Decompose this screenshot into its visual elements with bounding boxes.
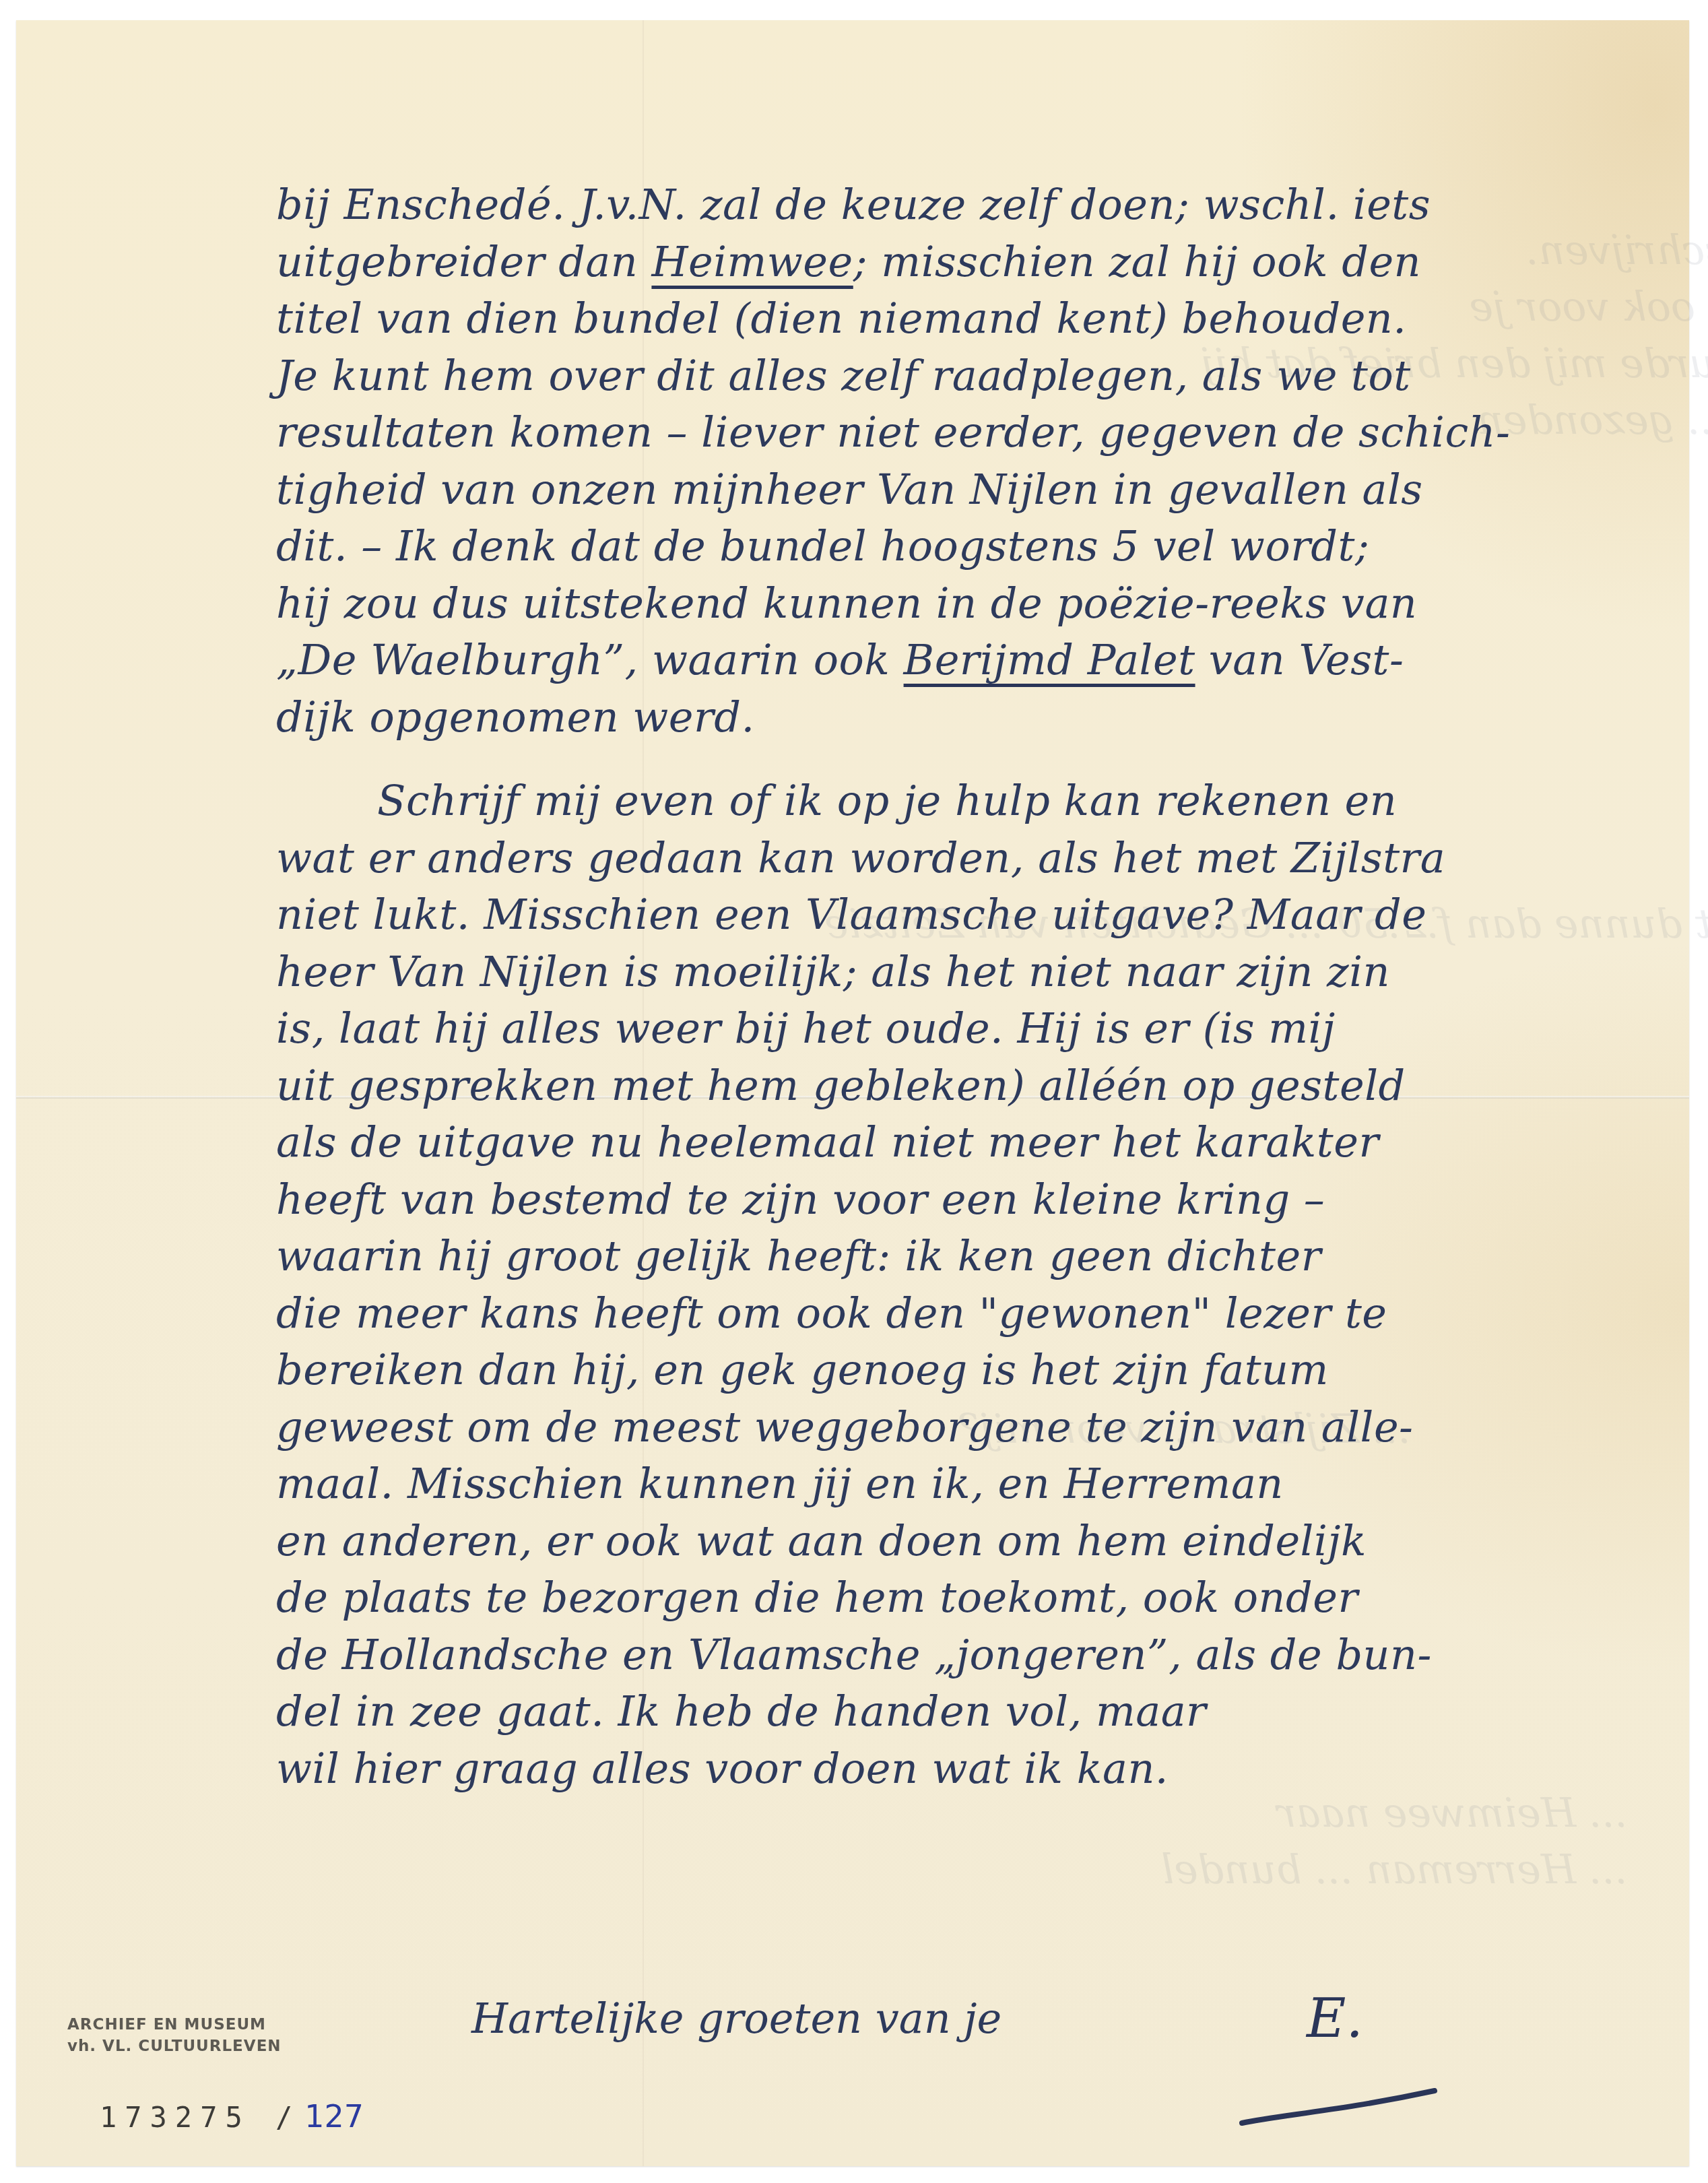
- letter-line: de plaats te bezorgen die hem toekomt, o…: [276, 1569, 1657, 1627]
- letter-line: titel van dien bundel (dien niemand kent…: [276, 290, 1657, 348]
- stamp-line-1: ARCHIEF EN MUSEUM: [67, 2014, 282, 2035]
- letter-line: als de uitgave nu heelemaal niet meer he…: [276, 1114, 1657, 1171]
- letter-line: hij zou dus uitstekend kunnen in de poëz…: [276, 575, 1657, 632]
- letter-line: Je kunt hem over dit alles zelf raadpleg…: [276, 348, 1657, 405]
- letter-line: bij Enschedé. J.v.N. zal de keuze zelf d…: [276, 176, 1657, 234]
- letter-line: uitgebreider dan Heimwee; misschien zal …: [276, 234, 1657, 291]
- underlined-title-berijmd-palet: Berijmd Palet: [904, 635, 1195, 684]
- letter-line: geweest om de meest weggeborgene te zijn…: [276, 1399, 1657, 1456]
- letter-line: dijk opgenomen werd.: [276, 689, 1657, 746]
- letter-line: waarin hij groot gelijk heeft: ik ken ge…: [276, 1228, 1657, 1285]
- letter-line: wil hier graag alles voor doen wat ik ka…: [276, 1740, 1657, 1798]
- signature: E.: [1307, 1987, 1363, 2050]
- letter-line: wat er anders gedaan kan worden, als het…: [276, 830, 1657, 887]
- archive-number-stamped: 173275 /: [100, 2101, 300, 2134]
- stamp-line-2: vh. VL. CULTUURLEVEN: [67, 2035, 282, 2057]
- archive-page-number: 127: [304, 2098, 364, 2135]
- letter-line: tigheid van onzen mijnheer Van Nijlen in…: [276, 461, 1657, 519]
- letter-line: „De Waelburgh”, waarin ook Berijmd Palet…: [276, 632, 1657, 689]
- letter-line: bereiken dan hij, en gek genoeg is het z…: [276, 1342, 1657, 1399]
- letter-line: dit. – Ik denk dat de bundel hoogstens 5…: [276, 518, 1657, 575]
- letter-line: del in zee gaat. Ik heb de handen vol, m…: [276, 1683, 1657, 1740]
- underlined-title-heimwee: Heimwee: [651, 237, 853, 286]
- letter-line: en anderen, er ook wat aan doen om hem e…: [276, 1513, 1657, 1570]
- archive-number: 173275 /127: [100, 2098, 364, 2135]
- letter-line: die meer kans heeft om ook den "gewonen"…: [276, 1285, 1657, 1342]
- letter-line: niet lukt. Misschien een Vlaamsche uitga…: [276, 886, 1657, 944]
- letter-paragraph-start: Schrijf mij even of ik op je hulp kan re…: [276, 773, 1657, 830]
- letter-line: de Hollandsche en Vlaamsche „jongeren”, …: [276, 1627, 1657, 1684]
- signature-flourish-icon: [1239, 2088, 1441, 2128]
- letter-line: heer Van Nijlen is moeilijk; als het nie…: [276, 944, 1657, 1001]
- letter-line: heeft van bestemd te zijn voor een klein…: [276, 1171, 1657, 1229]
- letter-line: uit gesprekken met hem gebleken) alléén …: [276, 1057, 1657, 1115]
- letter-line: maal. Misschien kunnen jij en ik, en Her…: [276, 1456, 1657, 1513]
- closing-salutation: Hartelijke groeten van je: [471, 1994, 1001, 2043]
- show-through-text: ... Heimwee naar ... Herreman ... bundel: [1161, 1785, 1627, 1898]
- letter-line: resultaten komen – liever niet eerder, g…: [276, 404, 1657, 461]
- archive-stamp: ARCHIEF EN MUSEUM vh. VL. CULTUURLEVEN: [67, 2014, 282, 2057]
- letter-line: is, laat hij alles weer bij het oude. Hi…: [276, 1000, 1657, 1057]
- letter-body: bij Enschedé. J.v.N. zal de keuze zelf d…: [276, 176, 1657, 1797]
